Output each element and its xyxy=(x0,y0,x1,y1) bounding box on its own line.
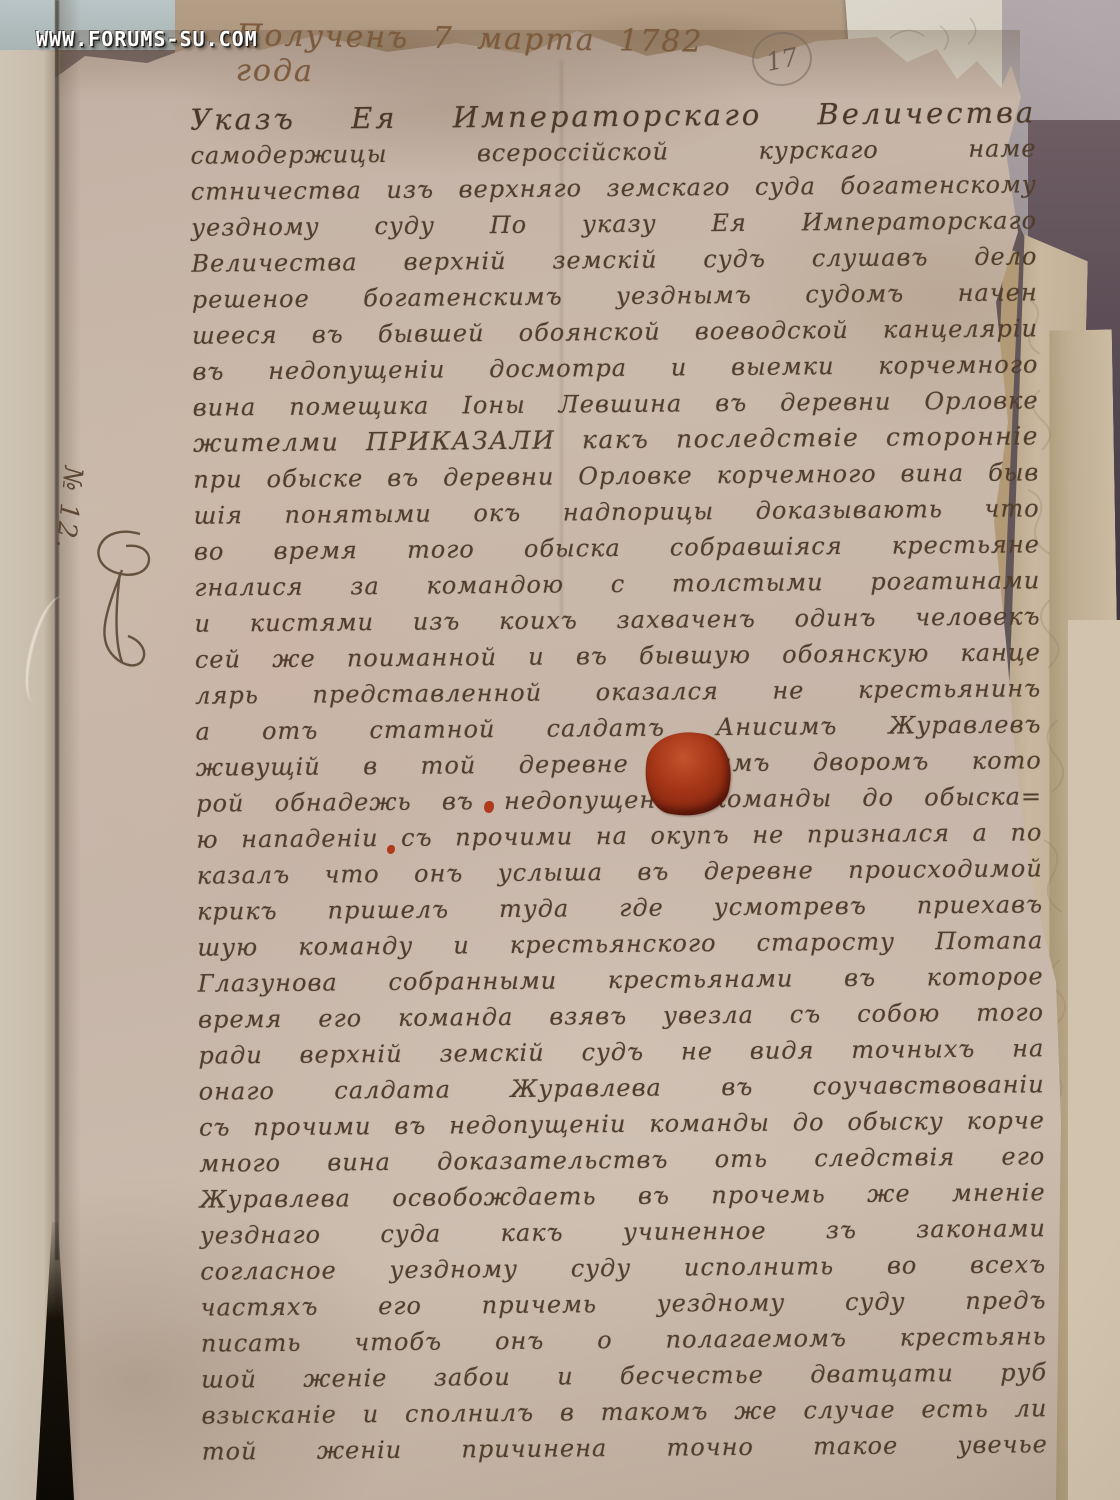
manuscript-line: УказъЕяИмператорскагоВеличества xyxy=(190,94,1036,137)
page-number: 17 xyxy=(763,42,800,77)
manuscript-line: взысканiеисполнилъвтакомъжеслучаеестьли xyxy=(201,1390,1047,1433)
manuscript-line: тойженiипричиненаточнотакоеувечье xyxy=(202,1426,1048,1469)
manuscript-line: Величестваверхнiйземскiйсудъслушавъдело xyxy=(191,238,1037,281)
manuscript-line: гналисязакомандоюстолстымирогатинами xyxy=(194,562,1040,605)
manuscript-line: крикъпришелътудагдеусмотревъприехавъ xyxy=(197,886,1043,929)
margin-flourish-icon xyxy=(70,520,170,700)
manuscript-text: УказъЕяИмператорскагоВеличествасамодержи… xyxy=(190,94,1048,1469)
manuscript-line: многовинадоказательствъотьследствiяего xyxy=(199,1138,1045,1181)
manuscript-line: вънедопущенiидосмотраивыемкикорчемного xyxy=(192,346,1038,389)
received-note: Полученъ 7 марта 1782 года xyxy=(236,18,797,96)
manuscript-line: живущiйвтойдеревнесвоимъдворомъкото xyxy=(196,742,1042,785)
manuscript-line: уезднагосудакакъучиненноезъзаконами xyxy=(200,1210,1046,1253)
watermark-text: WWW.FORUMS-SU.COM xyxy=(36,27,258,51)
manuscript-photo: Полученъ 7 марта 1782 года 17 № 12. Указ… xyxy=(0,0,1120,1500)
